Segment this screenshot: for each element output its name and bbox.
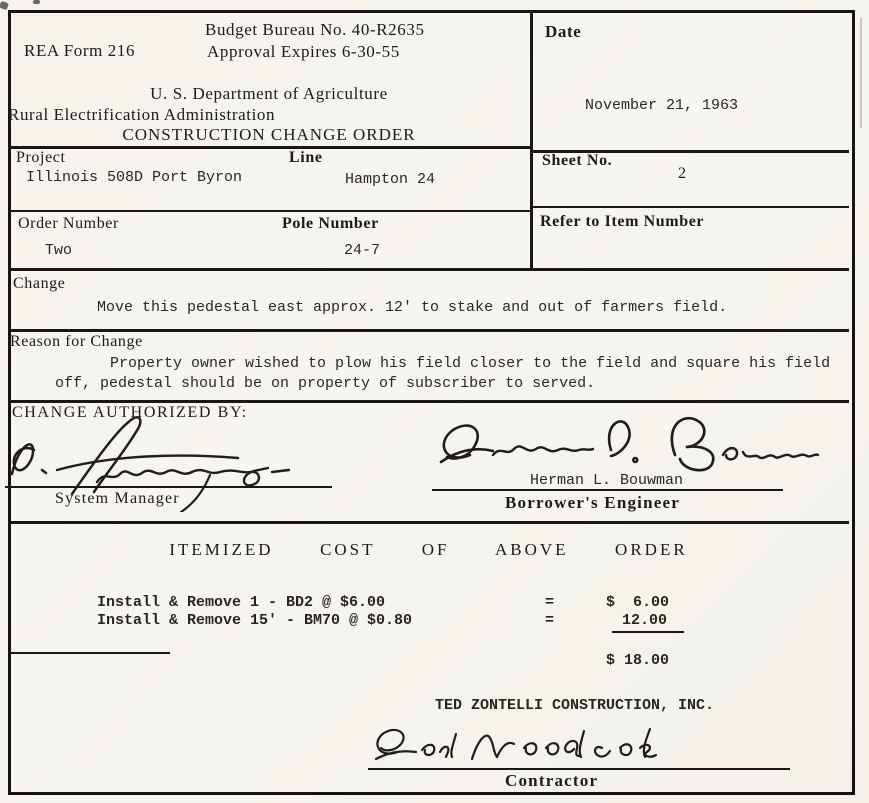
stray-fold-line	[8, 652, 170, 654]
cost-item-equals: =	[545, 612, 554, 629]
form-number: REA Form 216	[24, 41, 135, 61]
cost-item-amount: 12.00	[622, 612, 667, 629]
engineer-signature-line	[432, 489, 783, 491]
date-label: Date	[545, 22, 581, 42]
engineer-typed-name: Herman L. Bouwman	[530, 472, 683, 489]
budget-bureau-no: Budget Bureau No. 40-R2635	[205, 20, 425, 40]
system-manager-signature-line	[5, 486, 332, 488]
hline-sheet-bottom	[530, 206, 849, 208]
hline-authorized-bottom	[8, 521, 849, 524]
change-label: Change	[13, 275, 65, 293]
reason-label: Reason for Change	[10, 333, 143, 351]
scan-smudge	[33, 0, 40, 4]
cost-item-amount: $ 6.00	[606, 594, 669, 611]
approval-expires: Approval Expires 6-30-55	[207, 42, 400, 62]
subtotal-underline	[612, 631, 684, 633]
hline-project-bottom	[8, 210, 530, 212]
contractor-signature-line	[368, 768, 790, 770]
cost-item-desc: Install & Remove 1 - BD2 @ $6.00	[97, 594, 385, 611]
form-title: CONSTRUCTION CHANGE ORDER	[8, 125, 530, 145]
vertical-divider	[530, 10, 533, 271]
administration-name: Rural Electrification Administration	[8, 105, 275, 125]
pole-number-value: 24-7	[344, 242, 380, 259]
pole-number-label: Pole Number	[282, 215, 379, 233]
reason-text-line1: Property owner wished to plow his field …	[110, 355, 830, 372]
hline-order-bottom	[8, 268, 849, 271]
engineer-title: Borrower's Engineer	[505, 493, 680, 513]
sheet-no-value: 2	[678, 165, 687, 183]
order-number-value: Two	[45, 242, 72, 259]
reason-text-line2: off, pedestal should be on property of s…	[55, 375, 595, 392]
system-manager-title: System Manager	[55, 490, 180, 508]
cost-total: $ 18.00	[606, 652, 669, 669]
cost-item-equals: =	[545, 594, 554, 611]
hline-header-left	[8, 146, 530, 149]
line-value: Hampton 24	[345, 171, 435, 188]
itemized-cost-title: ITEMIZED COST OF ABOVE ORDER	[8, 540, 849, 560]
order-number-label: Order Number	[18, 215, 119, 233]
sheet-no-label: Sheet No.	[542, 152, 612, 170]
scan-edge-artifact	[860, 18, 862, 128]
date-value: November 21, 1963	[585, 97, 738, 114]
hline-reason-bottom	[8, 400, 849, 403]
contractor-title: Contractor	[505, 771, 598, 791]
scan-smudge	[0, 1, 9, 10]
line-label: Line	[289, 149, 323, 167]
department-name: U. S. Department of Agriculture	[8, 84, 530, 104]
project-label: Project	[16, 149, 66, 167]
refer-item-label: Refer to Item Number	[540, 213, 704, 231]
project-value: Illinois 508D Port Byron	[26, 169, 242, 186]
cost-item-desc: Install & Remove 15' - BM70 @ $0.80	[97, 612, 412, 629]
scanned-document: Budget Bureau No. 40-R2635 REA Form 216 …	[0, 0, 869, 803]
contractor-signature	[358, 718, 708, 770]
contractor-company-name: TED ZONTELLI CONSTRUCTION, INC.	[435, 697, 714, 714]
hline-change-bottom	[8, 329, 849, 332]
change-text: Move this pedestal east approx. 12' to s…	[97, 299, 727, 316]
